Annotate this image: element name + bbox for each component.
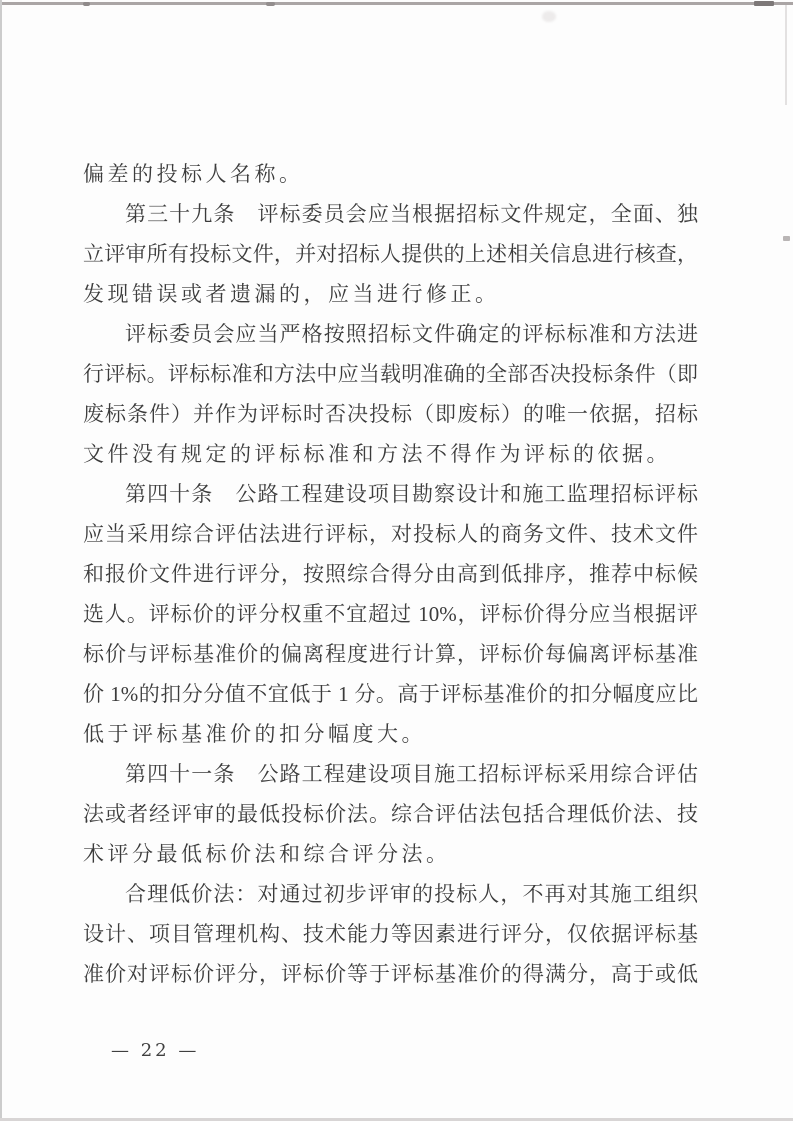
text-line: 价 1%的扣分分值不宜低于 1 分。高于评标基准价的扣分幅度应比 — [83, 674, 698, 714]
text-line: 设计、项目管理机构、技术能力等因素进行评分，仅依据评标基 — [83, 914, 698, 954]
scan-smudge — [542, 11, 556, 22]
text-line: 废标条件）并作为评标时否决投标（即废标）的唯一依据，招标 — [83, 394, 698, 434]
text-line: 低于评标基准价的扣分幅度大。 — [83, 714, 698, 754]
text-line: 立评审所有投标文件，并对招标人提供的上述相关信息进行核查， — [83, 234, 698, 274]
page-number: — 22 — — [111, 1040, 199, 1061]
text-line: 行评标。评标标准和方法中应当载明准确的全部否决投标条件（即 — [83, 354, 698, 394]
scan-left-edge-line — [0, 0, 2, 1121]
document-body: 偏差的投标人名称。第三十九条 评标委员会应当根据招标文件规定，全面、独立评审所有… — [83, 154, 698, 994]
scan-speck — [266, 2, 275, 6]
scan-top-edge-line — [0, 2, 793, 5]
text-line: 应当采用综合评估法进行评标，对投标人的商务文件、技术文件 — [83, 514, 698, 554]
text-line: 评标委员会应当严格按照招标文件确定的评标标准和方法进 — [83, 314, 698, 354]
text-line: 第四十条 公路工程建设项目勘察设计和施工监理招标评标 — [83, 474, 698, 514]
text-line: 标价与评标基准价的偏离程度进行计算，评标价每偏离评标基准 — [83, 634, 698, 674]
text-line: 准价对评标价评分，评标价等于评标基准价的得满分，高于或低 — [83, 954, 698, 994]
text-line: 选人。评标价的评分权重不宜超过 10%，评标价得分应当根据评 — [83, 594, 698, 634]
text-line: 和报价文件进行评分，按照综合得分由高到低排序，推荐中标候 — [83, 554, 698, 594]
scan-top-edge-dark-mark — [754, 1, 774, 6]
scan-speck — [83, 2, 90, 6]
text-line: 法或者经评审的最低投标价法。综合评估法包括合理低价法、技 — [83, 794, 698, 834]
text-line: 术评分最低标价法和综合评分法。 — [83, 834, 698, 874]
text-line: 合理低价法：对通过初步评审的投标人，不再对其施工组织 — [83, 874, 698, 914]
text-line: 发现错误或者遗漏的，应当进行修正。 — [83, 274, 698, 314]
document-page: 偏差的投标人名称。第三十九条 评标委员会应当根据招标文件规定，全面、独立评审所有… — [0, 0, 793, 1121]
text-line: 第四十一条 公路工程建设项目施工招标评标采用综合评估 — [83, 754, 698, 794]
scan-right-edge-line — [785, 5, 787, 105]
text-line: 文件没有规定的评标标准和方法不得作为评标的依据。 — [83, 434, 698, 474]
text-line: 第三十九条 评标委员会应当根据招标文件规定，全面、独 — [83, 194, 698, 234]
scan-speck — [783, 236, 790, 241]
text-line: 偏差的投标人名称。 — [83, 154, 698, 194]
